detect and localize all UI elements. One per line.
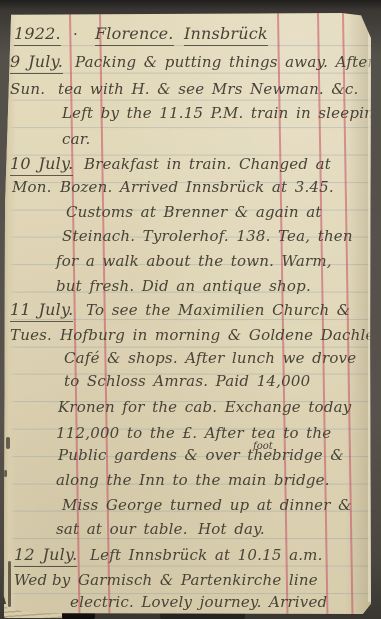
diary-text: Left by the 11.15 P.M. train in sleeping: [62, 103, 381, 123]
diary-line: Steinach. Tyrolerhof. 138. Tea, then: [3, 226, 371, 250]
diary-text: To see the Maximilien Church &: [86, 300, 350, 320]
diary-text: Wed: [14, 570, 47, 590]
diary-line: 10 July.Breakfast in train. Changed at: [3, 154, 371, 178]
diary-text: Public gardens & over the: [58, 445, 272, 465]
diary-text: but fresh. Did an antique shop.: [56, 276, 311, 296]
diary-line: Mon.Bozen. Arrived Innsbrück at 3.45.: [3, 177, 371, 201]
inserted-word: foot: [253, 437, 273, 457]
diary-heading-text: 12 July.: [14, 545, 77, 567]
diary-text: Left Innsbrück at 10.15 a.m.: [90, 545, 323, 565]
diary-heading-text: 9 July.: [10, 52, 63, 74]
diary-text: Customs at Brenner & again at: [66, 202, 322, 222]
diary-heading-text: 11 July.: [10, 300, 73, 322]
page-edge-highlight: [368, 31, 371, 602]
diary-heading-text: 10 July.: [10, 154, 73, 176]
diary-line: 112,000 to the £. After tea to the: [3, 423, 371, 447]
diary-line: for a walk about the town. Warm,: [3, 251, 371, 275]
diary-line: but fresh. Did an antique shop.: [3, 276, 371, 300]
diary-text: Breakfast in train. Changed at: [84, 154, 331, 174]
diary-text: by Garmisch & Partenkirche line: [52, 570, 318, 590]
diary-text: 112,000 to the £. After tea to the: [56, 423, 331, 443]
diary-line: Public gardens & over thefootbridge &: [3, 445, 371, 469]
diary-text: to Schloss Amras. Paid 14,000: [64, 371, 310, 391]
diary-line: electric. Lovely journey. Arrived: [3, 592, 371, 616]
diary-text: Packing & putting things away. After: [75, 52, 375, 72]
diary-line: Wedby Garmisch & Partenkirche line: [3, 570, 371, 594]
diary-line: Café & shops. After lunch we drove: [3, 348, 371, 372]
diary-text: tea with H. & see Mrs Newman. &c.: [58, 79, 359, 99]
diary-lines: 1922.·Florence.Innsbrück9 July.Packing &…: [3, 13, 371, 614]
diary-text: sat at our table.: [56, 519, 188, 539]
diary-text: bridge &: [272, 445, 344, 465]
diary-line: car.: [3, 129, 371, 153]
diary-text: Tues.: [10, 325, 52, 345]
diary-text: Mon.: [12, 177, 52, 197]
diary-line: Left by the 11.15 P.M. train in sleeping: [3, 103, 371, 127]
diary-line: Kronen for the cab. Exchange today: [3, 397, 371, 421]
diary-text: car.: [62, 129, 90, 149]
diary-line: sat at our table.Hot day.: [3, 519, 371, 543]
diary-line: 9 July.Packing & putting things away. Af…: [3, 52, 371, 76]
diary-line: Miss George turned up at dinner &: [3, 495, 371, 519]
diary-text: Sun.: [10, 79, 45, 99]
diary-heading-text: 1922.: [14, 24, 61, 46]
diary-text: Hot day.: [198, 519, 265, 539]
diary-text: Bozen. Arrived Innsbrück at 3.45.: [60, 177, 334, 197]
diary-heading-text: Innsbrück: [184, 24, 268, 46]
diary-text: Hofburg in morning & Goldene Dachle.: [60, 325, 380, 345]
diary-line: along the Inn to the main bridge.: [3, 470, 371, 494]
diary-line: to Schloss Amras. Paid 14,000: [3, 371, 371, 395]
diary-text: Steinach. Tyrolerhof. 138. Tea, then: [62, 226, 353, 246]
diary-line: Customs at Brenner & again at: [3, 202, 371, 226]
diary-line: 1922.·Florence.Innsbrück: [3, 24, 371, 48]
diary-page: 1922.·Florence.Innsbrück9 July.Packing &…: [3, 13, 371, 614]
diary-heading-text: Florence.: [95, 24, 174, 46]
diary-text: ·: [73, 24, 78, 44]
diary-text: along the Inn to the main bridge.: [56, 470, 330, 490]
diary-text: Kronen for the cab. Exchange today: [58, 397, 351, 417]
photo-backdrop: { "document": { "kind": "handwritten dia…: [0, 0, 381, 619]
diary-text: Miss George turned up at dinner &: [62, 495, 352, 515]
diary-text: for a walk about the town. Warm,: [56, 251, 332, 271]
diary-line: Sun.tea with H. & see Mrs Newman. &c.: [3, 79, 371, 103]
diary-text: Café & shops. After lunch we drove: [64, 348, 356, 368]
diary-line: 11 July.To see the Maximilien Church &: [3, 300, 371, 324]
diary-line: 12 July.Left Innsbrück at 10.15 a.m.: [3, 545, 371, 569]
diary-line: Tues.Hofburg in morning & Goldene Dachle…: [3, 325, 371, 349]
diary-text: electric. Lovely journey. Arrived: [70, 592, 327, 612]
